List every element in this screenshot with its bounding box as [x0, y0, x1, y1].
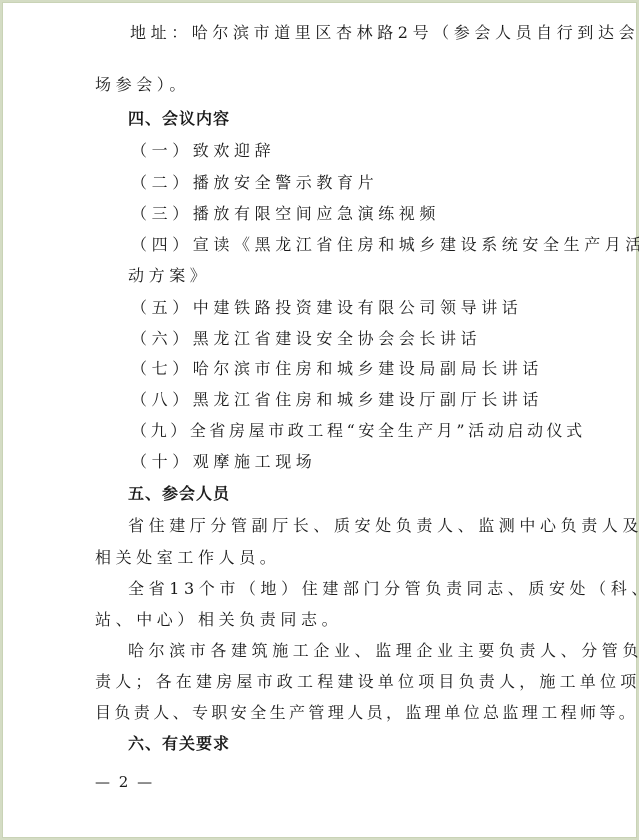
attendees-paragraph-continuation: 相关处室工作人员。	[95, 548, 280, 568]
attendees-paragraph: 全省13个市（地）住建部门分管负责同志、质安处（科、	[128, 579, 639, 599]
section-heading-attendees: 五、参会人员	[128, 484, 230, 504]
agenda-item: （二）播放安全警示教育片	[131, 173, 378, 193]
agenda-item-continuation: 动方案》	[128, 266, 210, 286]
agenda-item: （一）致欢迎辞	[131, 141, 275, 161]
agenda-item: （五）中建铁路投资建设有限公司领导讲话	[131, 298, 522, 318]
agenda-item: （六）黑龙江省建设安全协会会长讲话	[131, 329, 481, 349]
address-line-2: 场参会）。	[95, 75, 190, 95]
document-page: 地址：哈尔滨市道里区杏林路2号（参会人员自行到达会 场参会）。 四、会议内容 （…	[2, 2, 637, 838]
page-number: — 2 —	[95, 773, 154, 791]
attendees-paragraph-continuation: 站、中心）相关负责同志。	[95, 610, 342, 630]
agenda-item: （九）全省房屋市政工程“安全生产月”活动启动仪式	[131, 421, 586, 441]
agenda-item: （十）观摩施工现场	[131, 452, 316, 472]
attendees-paragraph: 哈尔滨市各建筑施工企业、监理企业主要负责人、分管负	[128, 641, 639, 661]
attendees-paragraph-continuation: 目负责人、专职安全生产管理人员，监理单位总监理工程师等。	[95, 703, 638, 723]
agenda-item: （三）播放有限空间应急演练视频	[131, 204, 440, 224]
attendees-paragraph: 省住建厅分管副厅长、质安处负责人、监测中心负责人及	[128, 516, 639, 536]
agenda-item: （七）哈尔滨市住房和城乡建设局副局长讲话	[131, 359, 543, 379]
section-heading-requirements: 六、有关要求	[128, 734, 230, 754]
agenda-item: （四）宣读《黑龙江省住房和城乡建设系统安全生产月活	[131, 235, 639, 255]
attendees-paragraph-continuation: 责人；各在建房屋市政工程建设单位项目负责人，施工单位项	[95, 672, 639, 692]
address-line-1: 地址：哈尔滨市道里区杏林路2号（参会人员自行到达会	[130, 23, 639, 43]
section-heading-meeting-content: 四、会议内容	[128, 109, 230, 129]
agenda-item: （八）黑龙江省住房和城乡建设厅副厅长讲话	[131, 390, 543, 410]
